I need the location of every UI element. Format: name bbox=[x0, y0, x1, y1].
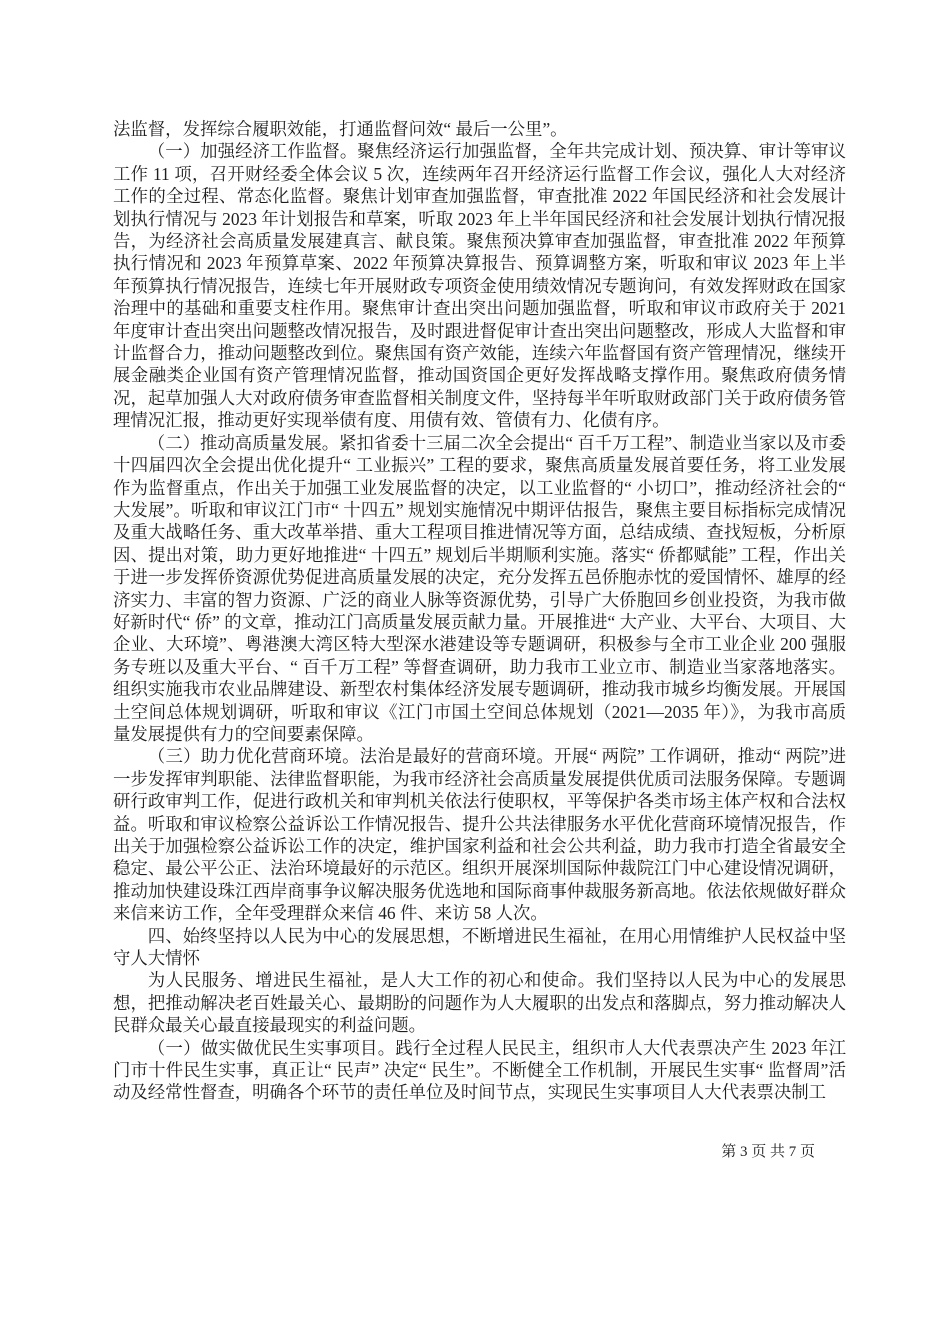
paragraph-section-3-item-1-economic-supervision: （一）加强经济工作监督。聚焦经济运行加强监督，全年共完成计划、预决算、审计等审议… bbox=[113, 140, 846, 431]
paragraph-continuation-from-previous-page: 法监督，发挥综合履职效能，打通监督问效“ 最后一公里”。 bbox=[113, 118, 846, 140]
paragraph-section-4-intro: 为人民服务、增进民生福祉，是人大工作的初心和使命。我们坚持以人民为中心的发展思想… bbox=[113, 969, 846, 1036]
paragraph-section-4-item-1-livelihood-projects: （一）做实做优民生实事项目。践行全过程人民民主，组织市人大代表票决产生 2023… bbox=[113, 1037, 846, 1104]
page-number-footer: 第 3 页 共 7 页 bbox=[113, 1143, 815, 1161]
section-4-heading: 四、始终坚持以人民为中心的发展思想，不断增进民生福祉，在用心用情维护人民权益中坚… bbox=[113, 925, 846, 970]
paragraph-section-3-item-3-business-environment: （三）助力优化营商环境。法治是最好的营商环境。开展“ 两院” 工作调研，推动“ … bbox=[113, 745, 846, 924]
paragraph-section-3-item-2-high-quality-development: （二）推动高质量发展。紧扣省委十三届二次全会提出“ 百千万工程”、制造业当家以及… bbox=[113, 432, 846, 746]
document-page-body: 法监督，发挥综合履职效能，打通监督问效“ 最后一公里”。 （一）加强经济工作监督… bbox=[113, 118, 846, 1104]
